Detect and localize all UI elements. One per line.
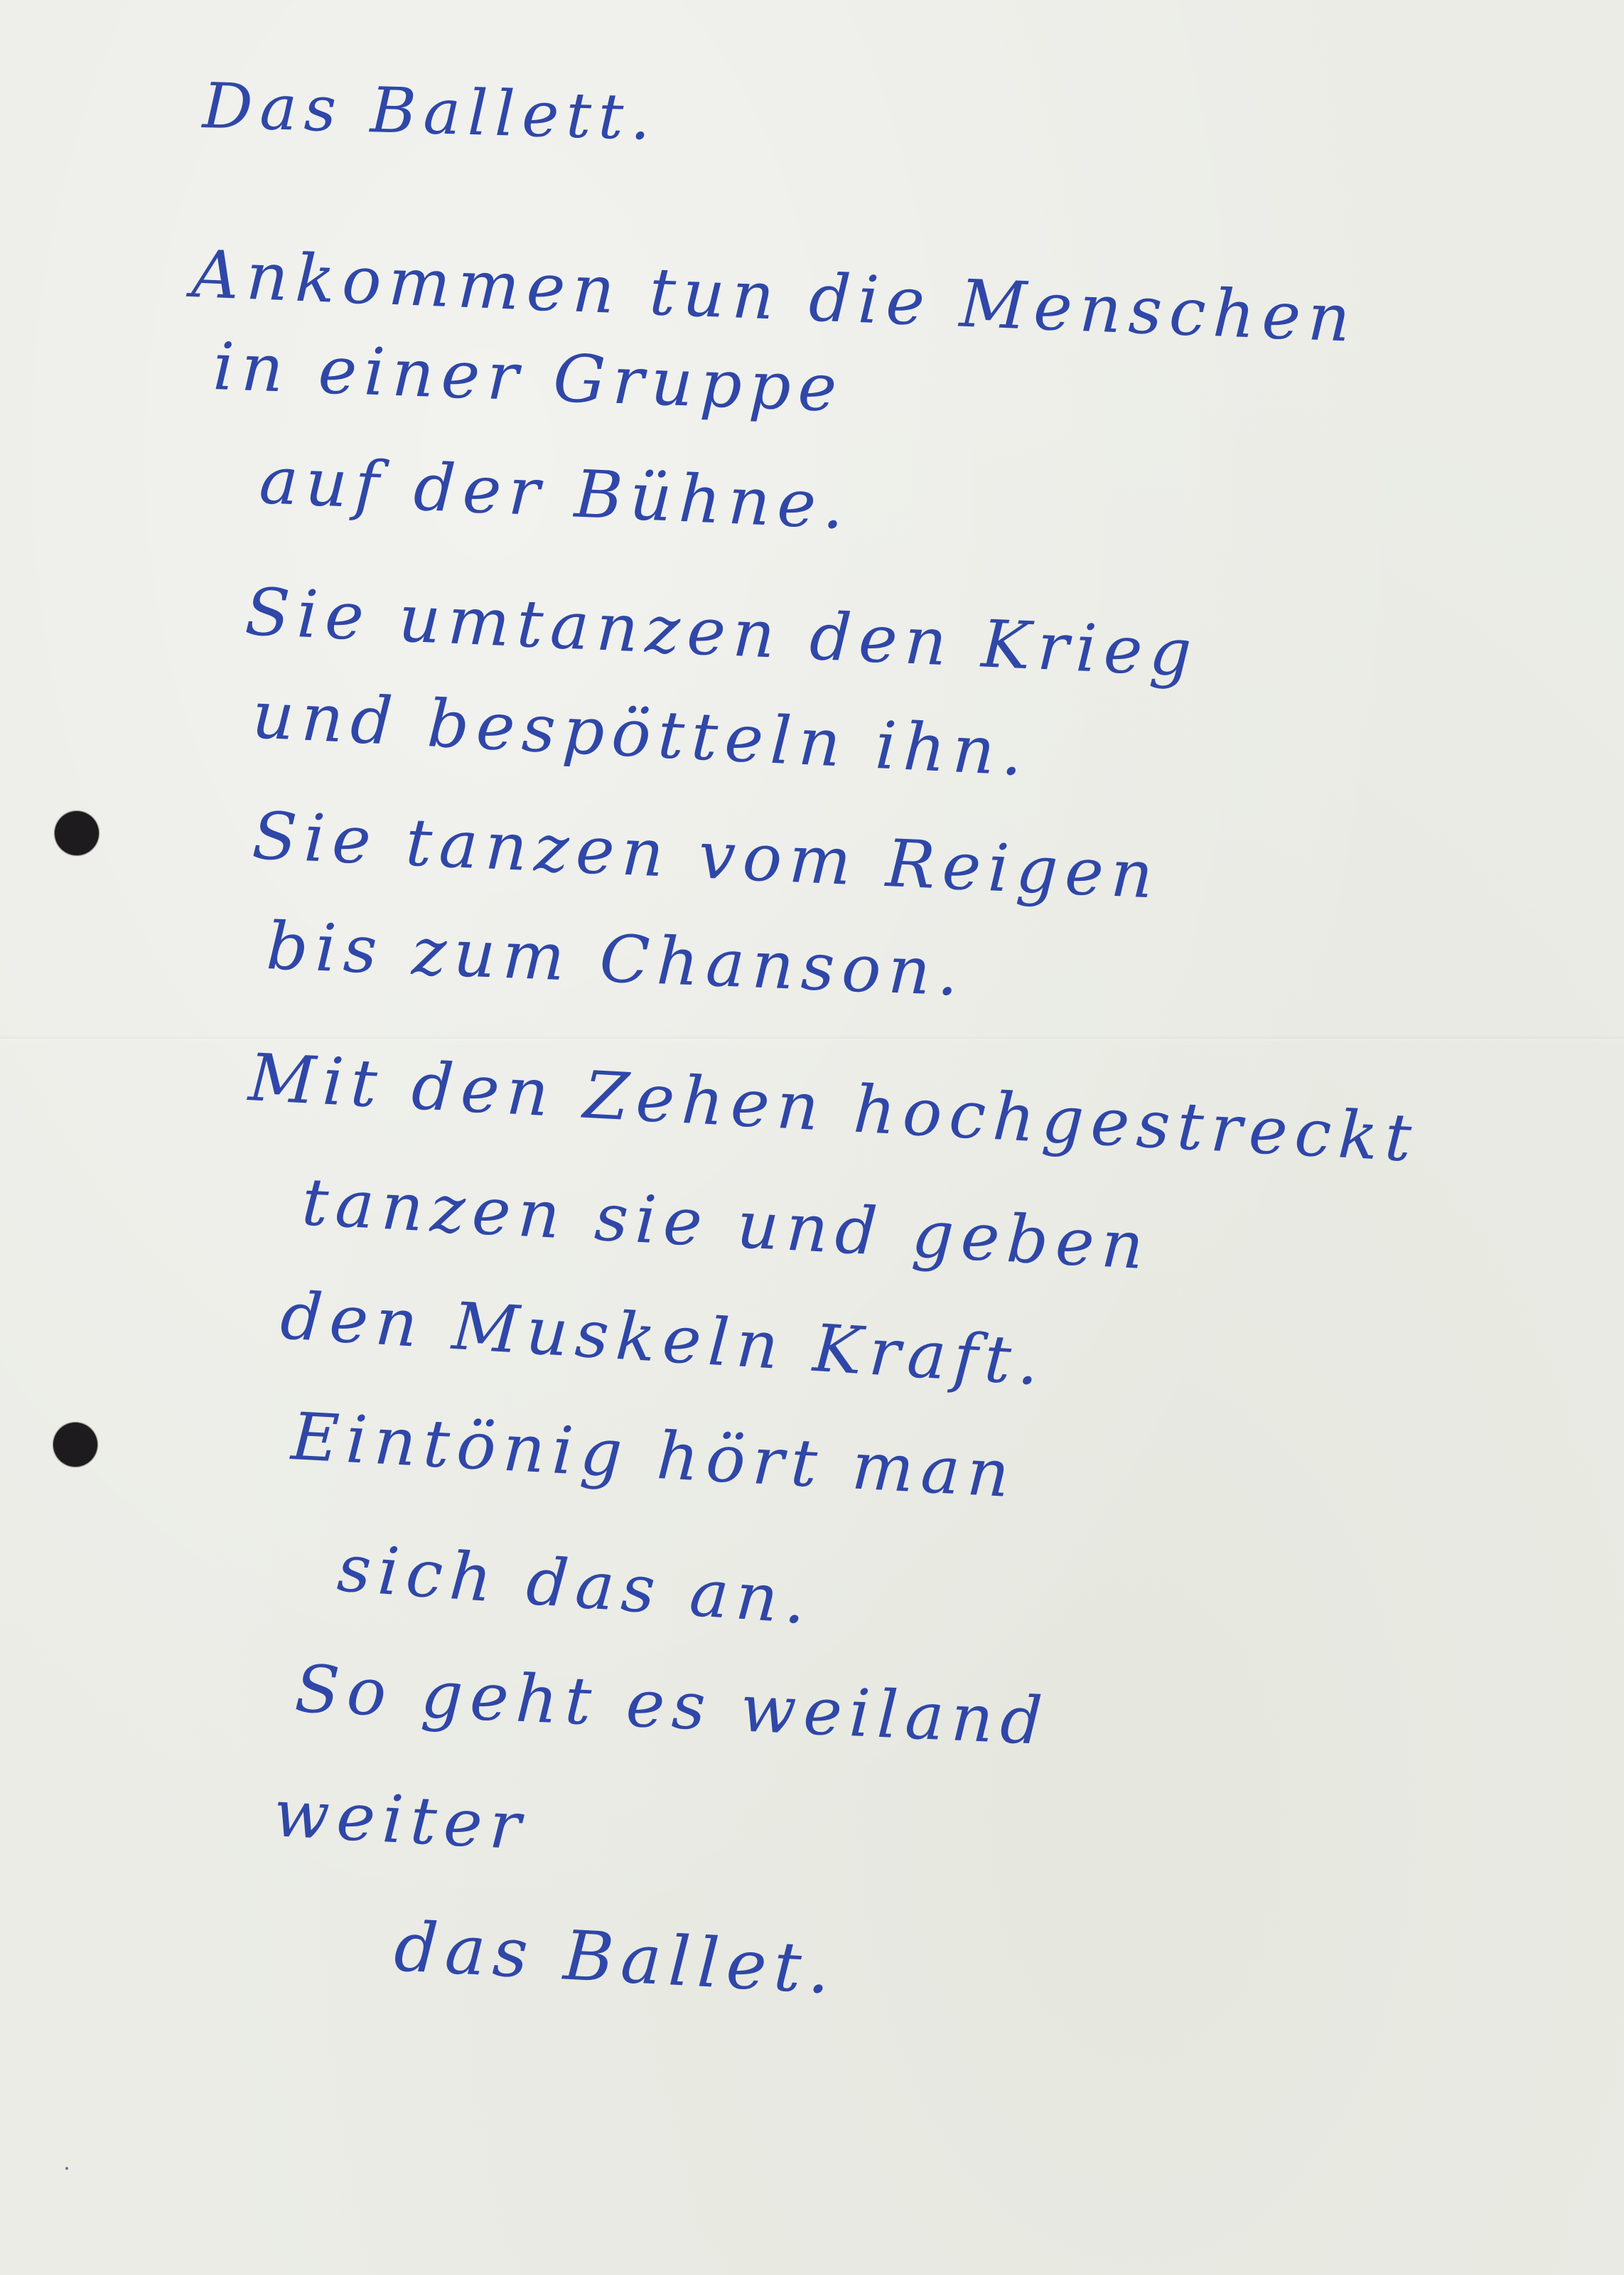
closing-line: das Ballet. <box>392 1912 839 2004</box>
paper-speck <box>65 2167 68 2170</box>
punch-hole-lower <box>53 1423 97 1467</box>
poem-line-14: weiter <box>272 1781 529 1860</box>
poem-line-7: bis zum Chanson. <box>265 914 967 1006</box>
punch-hole-upper <box>55 811 99 855</box>
poem-line-6: Sie tanzen vom Reigen <box>251 803 1161 909</box>
poem-line-2: in einer Gruppe <box>212 334 844 422</box>
poem-line-10: den Muskeln Kraft. <box>279 1283 1048 1396</box>
poem-line-8: Mit den Zehen hochgestreckt <box>247 1045 1420 1172</box>
poem-line-5: und bespötteln ihn. <box>251 682 1031 786</box>
manuscript-page: Das Ballett. Ankommen tun die Menschen i… <box>0 0 1624 2275</box>
poem-line-11: Eintönig hört man <box>290 1404 1018 1507</box>
poem-line-3: auf der Bühne. <box>258 448 852 539</box>
document-title: Das Ballett. <box>202 75 658 149</box>
poem-line-9: tanzen sie und geben <box>301 1169 1153 1279</box>
paper-fold-line <box>0 1037 1624 1041</box>
poem-line-13: So geht es weiland <box>294 1656 1050 1755</box>
poem-line-4: Sie umtanzen den Krieg <box>244 579 1200 686</box>
poem-line-12: sich das an. <box>335 1536 815 1634</box>
